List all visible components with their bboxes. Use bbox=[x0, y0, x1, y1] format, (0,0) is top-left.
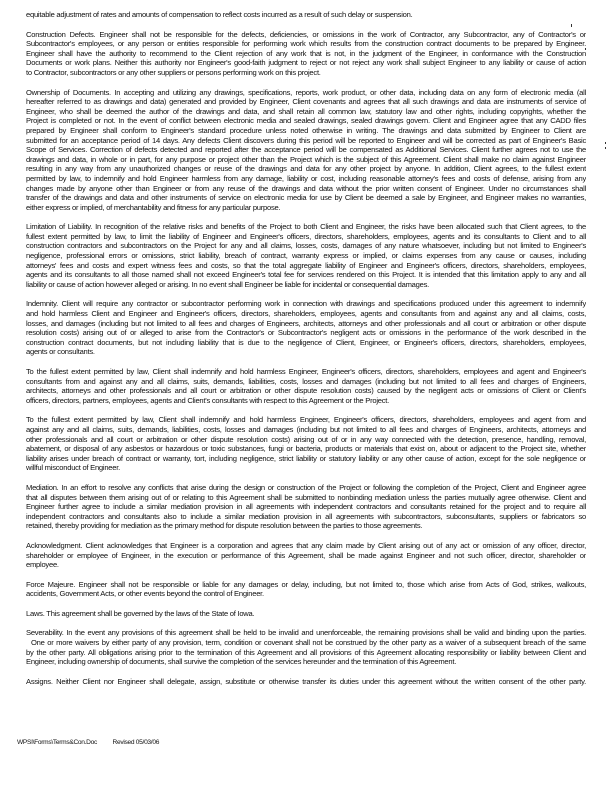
text-line: permitted by law, to indemnify and hold … bbox=[26, 174, 586, 184]
footer-revised-date: Revised 05/03/06 bbox=[113, 739, 160, 746]
text-line: Force Majeure. Engineer shall not be res… bbox=[26, 580, 586, 590]
paragraph-severability: Severability. In the event any provision… bbox=[26, 628, 586, 666]
scan-artifact bbox=[605, 142, 606, 144]
paragraph-acknowledgment: Acknowledgment. Client acknowledges that… bbox=[26, 541, 586, 570]
text-line: Documents or work plans. Neither this au… bbox=[26, 58, 586, 68]
text-line: attorneys' fees and costs and expert wit… bbox=[26, 261, 586, 271]
text-line: employee. bbox=[26, 560, 586, 570]
text-line: losses, and damages (including but not l… bbox=[26, 319, 586, 329]
text-line: to Contractor, subcontractors or any oth… bbox=[26, 68, 586, 78]
text-line: Acknowledgment. Client acknowledges that… bbox=[26, 541, 586, 551]
text-line: independent contractors and consultants … bbox=[26, 512, 586, 522]
paragraph-force-majeure: Force Majeure. Engineer shall not be res… bbox=[26, 580, 586, 599]
paragraph-delay-continuation: equitable adjustment of rates and amount… bbox=[26, 10, 586, 20]
text-line: either express or implied, of merchantab… bbox=[26, 203, 586, 213]
text-line: prepared by Engineer shall conform to En… bbox=[26, 126, 586, 136]
text-line: Assigns. Neither Client nor Engineer sha… bbox=[26, 677, 586, 687]
paragraph-construction-defects: Construction Defects. Engineer shall not… bbox=[26, 30, 586, 78]
text-line: officers, directors, partners, employees… bbox=[26, 396, 586, 406]
text-line: drawings and data, in whole or in part, … bbox=[26, 155, 586, 165]
text-line: resolution costs) arising out of or alle… bbox=[26, 328, 586, 338]
text-line: resulting in any way from any unauthoriz… bbox=[26, 164, 586, 174]
text-line: fullest extent permitted by law, to limi… bbox=[26, 232, 586, 242]
paragraph-mediation: Mediation. In an effort to resolve any c… bbox=[26, 483, 586, 531]
text-line: accidents, Government Acts, or other eve… bbox=[26, 589, 586, 599]
text-line: Indemnity. Client will require any contr… bbox=[26, 299, 586, 309]
paragraph-assigns: Assigns. Neither Client nor Engineer sha… bbox=[26, 677, 586, 687]
text-line: Engineer shall have the authority to rec… bbox=[26, 49, 586, 59]
text-line: other professionals and all court or arb… bbox=[26, 435, 586, 445]
paragraph-hazardous-indemnity: To the fullest extent permitted by law, … bbox=[26, 415, 586, 473]
text-line: Construction Defects. Engineer shall not… bbox=[26, 30, 586, 40]
document-footer: WPSI\Forms\Terms&Con.Doc Revised 05/03/0… bbox=[17, 739, 159, 746]
text-line: To the fullest extent permitted by law, … bbox=[26, 415, 586, 425]
scan-artifact bbox=[605, 147, 606, 149]
text-line: willful misconduct of Engineer. bbox=[26, 463, 586, 473]
paragraph-indemnity: Indemnity. Client will require any contr… bbox=[26, 299, 586, 357]
scan-artifact bbox=[571, 24, 572, 27]
text-line: and hold harmless Client and Engineer an… bbox=[26, 309, 586, 319]
footer-file-path: WPSI\Forms\Terms&Con.Doc bbox=[17, 739, 97, 746]
text-line: submitted for an acceptance period of 14… bbox=[26, 136, 586, 146]
text-line: Project is completed or not. In the even… bbox=[26, 116, 586, 126]
text-line: Ownership of Documents. In accepting and… bbox=[26, 88, 586, 98]
document-page: equitable adjustment of rates and amount… bbox=[26, 10, 586, 696]
text-line: Engineer, who shall be deemed the author… bbox=[26, 107, 586, 117]
text-line: liability arises under breach of contrac… bbox=[26, 454, 586, 464]
text-line: Engineer, including ownership of documen… bbox=[26, 657, 586, 667]
text-line: changes made by anyone other than Engine… bbox=[26, 184, 586, 194]
text-line: To the fullest extent permitted by law, … bbox=[26, 367, 586, 377]
paragraph-client-indemnity: To the fullest extent permitted by law, … bbox=[26, 367, 586, 405]
text-line: Limitation of Liability. In recognition … bbox=[26, 222, 586, 232]
text-line: retained, thereby providing for mediatio… bbox=[26, 521, 586, 531]
text-line: shareholder or employee of Engineer, in … bbox=[26, 551, 586, 561]
text-line: transfer of the drawings and data and ot… bbox=[26, 193, 586, 203]
text-line: Severability. In the event any provision… bbox=[26, 628, 586, 638]
text-line: construction contractors and subcontract… bbox=[26, 241, 586, 251]
paragraph-ownership-of-documents: Ownership of Documents. In accepting and… bbox=[26, 88, 586, 213]
text-line: against any and all claims, suits, deman… bbox=[26, 425, 586, 435]
paragraph-limitation-of-liability: Limitation of Liability. In recognition … bbox=[26, 222, 586, 289]
text-line: liability or cause of action however all… bbox=[26, 280, 586, 290]
text-line: agents or consultants. bbox=[26, 347, 586, 357]
text-line: that all disputes between them arising o… bbox=[26, 493, 586, 503]
text-line: One or more waivers by either party of a… bbox=[26, 638, 586, 648]
text-line: construction contract documents, but not… bbox=[26, 338, 586, 348]
text-line: Mediation. In an effort to resolve any c… bbox=[26, 483, 586, 493]
text-line: consultants from and against any and all… bbox=[26, 377, 586, 387]
text-line: architects, attorneys and other professi… bbox=[26, 386, 586, 396]
text-line: Engineer further agree to include a simi… bbox=[26, 502, 586, 512]
scan-artifact bbox=[585, 48, 586, 50]
text-line: abatement, or disposal of any asbestos o… bbox=[26, 444, 586, 454]
text-line: by the other party. All obligations aris… bbox=[26, 648, 586, 658]
text-line: agents and its consultants to all those … bbox=[26, 270, 586, 280]
text-line: negligence, professional errors or omiss… bbox=[26, 251, 586, 261]
text-line: Subcontractor's employees, or any person… bbox=[26, 39, 586, 49]
text-line: Scope of Services. Correction of defects… bbox=[26, 145, 586, 155]
paragraph-laws: Laws. This agreement shall be governed b… bbox=[26, 609, 586, 619]
text-line: hereafter referred to as drawings and da… bbox=[26, 97, 586, 107]
text-line: equitable adjustment of rates and amount… bbox=[26, 10, 586, 20]
text-line: Laws. This agreement shall be governed b… bbox=[26, 609, 586, 619]
